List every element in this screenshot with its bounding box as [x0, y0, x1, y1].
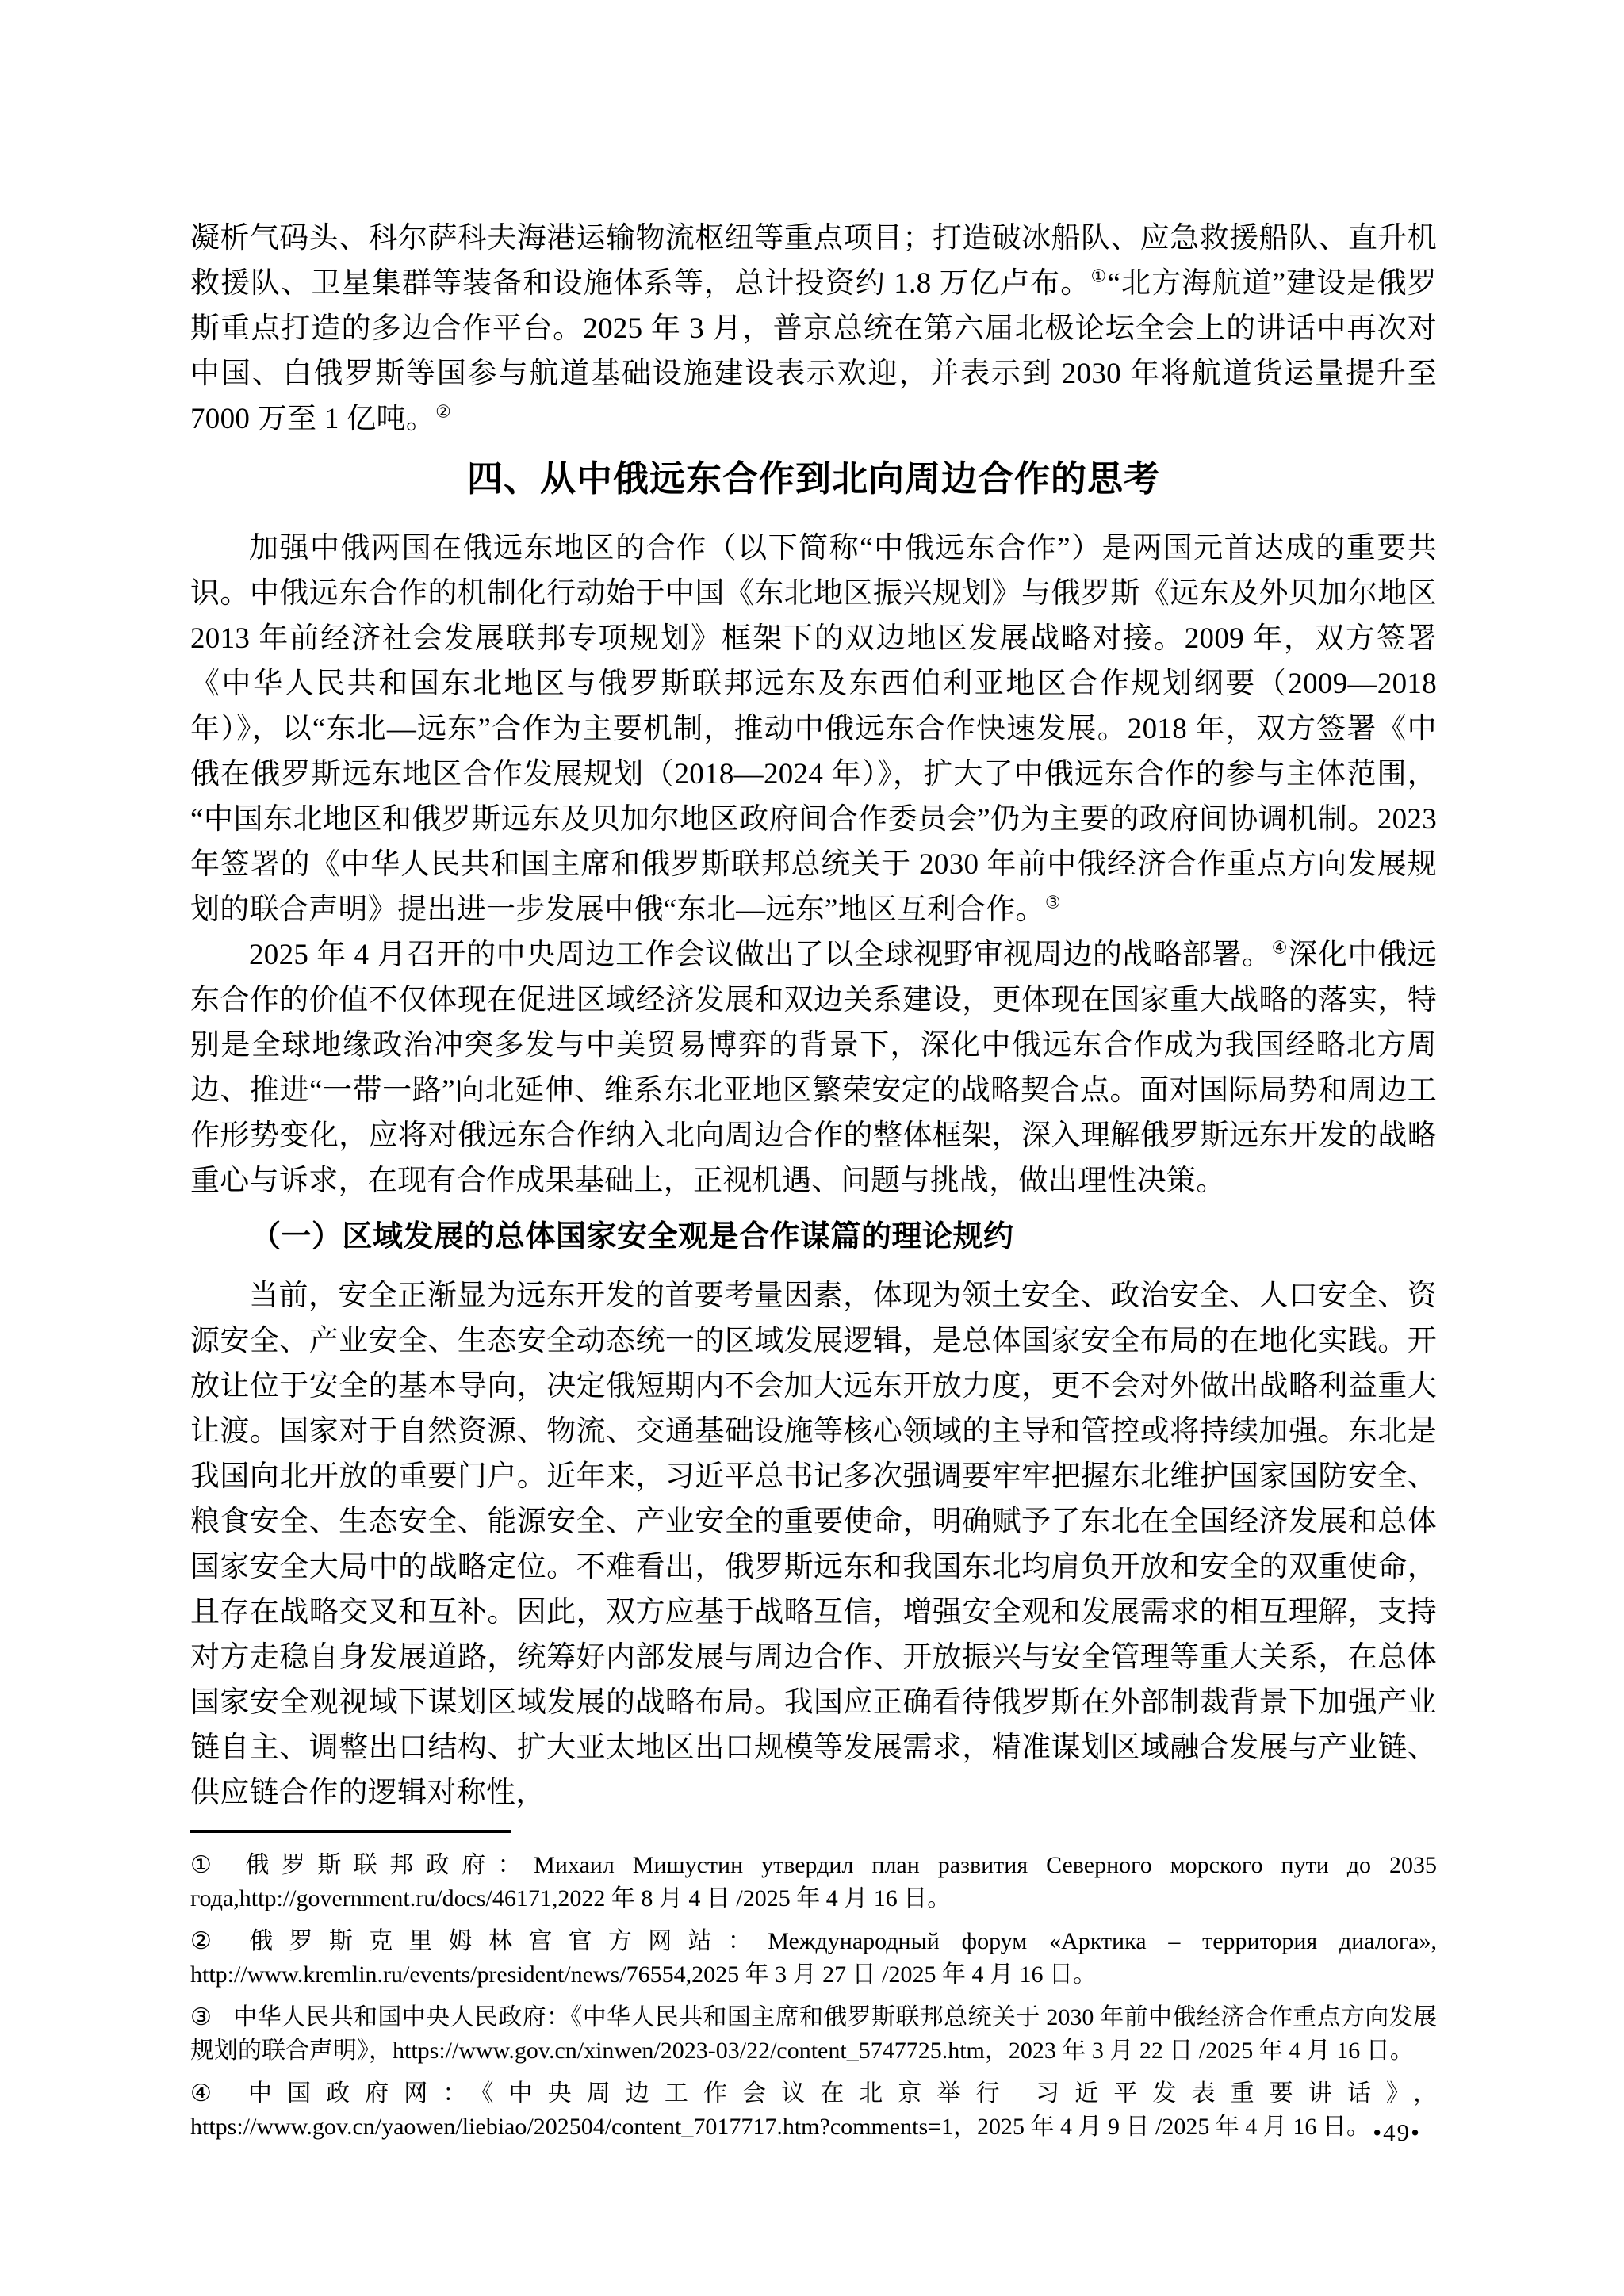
paragraph: 当前，安全正渐显为远东开发的首要考量因素，体现为领土安全、政治安全、人口安全、资… — [190, 1273, 1437, 1816]
footnote-item: ④中国政府网：《中央周边工作会议在北京举行 习近平发表重要讲话》，https:/… — [190, 2077, 1437, 2144]
footnotes: ①俄罗斯联邦政府：Михаил Мишустин утвердил план р… — [190, 1849, 1437, 2144]
footnote-marker: ② — [190, 1928, 228, 1954]
footnote-text: 中华人民共和国中央人民政府：《中华人民共和国主席和俄罗斯联邦总统关于 2030 … — [190, 2004, 1437, 2064]
footnote-ref: ① — [1090, 266, 1107, 286]
body-text: 2025 年 4 月召开的中央周边工作会议做出了以全球视野审视周边的战略部署。 — [249, 939, 1272, 971]
body-text: 深化中俄远东合作的价值不仅体现在促进区域经济发展和双边关系建设，更体现在国家重大… — [190, 939, 1437, 1197]
footnote-marker: ④ — [190, 2080, 227, 2107]
page-number: •49• — [1373, 2118, 1421, 2147]
footnote-marker: ③ — [190, 2004, 212, 2030]
footnote-text: 俄罗斯克里姆林宫官方网站：Международный форум «Арктик… — [190, 1928, 1437, 1988]
footnote-text: 中国政府网：《中央周边工作会议在北京举行 习近平发表重要讲话》，https://… — [190, 2080, 1437, 2140]
text-column: 凝析气码头、科尔萨科夫海港运输物流枢纽等重点项目；打造破冰船队、应急救援船队、直… — [190, 216, 1437, 2153]
footnote-separator — [190, 1830, 511, 1833]
footnote-ref: ④ — [1272, 938, 1289, 958]
subsection-heading: （一）区域发展的总体国家安全观是合作谋篇的理论规约 — [190, 1215, 1437, 1259]
paragraph-continuation: 凝析气码头、科尔萨科夫海港运输物流枢纽等重点项目；打造破冰船队、应急救援船队、直… — [190, 216, 1437, 442]
footnote-text: 俄罗斯联邦政府：Михаил Мишустин утвердил план ра… — [190, 1852, 1437, 1911]
body-text: 当前，安全正渐显为远东开发的首要考量因素，体现为领土安全、政治安全、人口安全、资… — [190, 1280, 1437, 1809]
paragraph: 2025 年 4 月召开的中央周边工作会议做出了以全球视野审视周边的战略部署。④… — [190, 932, 1437, 1203]
footnote-item: ②俄罗斯克里姆林宫官方网站：Международный форум «Аркти… — [190, 1925, 1437, 1992]
paragraph: 加强中俄两国在俄远东地区的合作（以下简称“中俄远东合作”）是两国元首达成的重要共… — [190, 526, 1437, 932]
footnote-item: ③中华人民共和国中央人民政府：《中华人民共和国主席和俄罗斯联邦总统关于 2030… — [190, 2001, 1437, 2068]
footnote-marker: ① — [190, 1852, 224, 1878]
footnote-ref: ③ — [1045, 893, 1061, 913]
document-page: 凝析气码头、科尔萨科夫海港运输物流枢纽等重点项目；打造破冰船队、应急救援船队、直… — [0, 0, 1624, 2296]
section-heading: 四、从中俄远东合作到北向周边合作的思考 — [190, 456, 1437, 502]
body-text: 加强中俄两国在俄远东地区的合作（以下简称“中俄远东合作”）是两国元首达成的重要共… — [190, 532, 1437, 926]
footnote-ref: ② — [435, 402, 451, 422]
footnote-item: ①俄罗斯联邦政府：Михаил Мишустин утвердил план р… — [190, 1849, 1437, 1915]
